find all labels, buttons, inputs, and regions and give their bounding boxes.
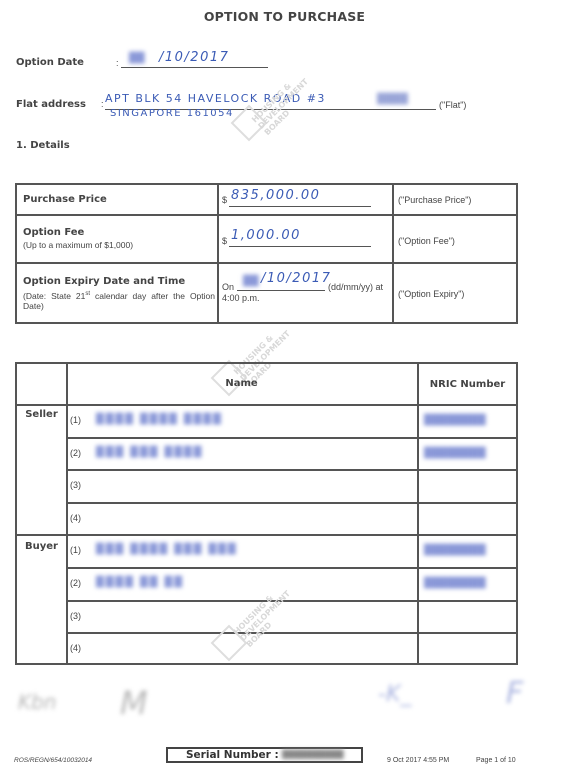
option-fee-field[interactable]: 1,000.00 — [229, 229, 371, 247]
table-row: (4) — [66, 502, 518, 535]
row-index: (3) — [70, 611, 81, 621]
party-name-field[interactable]: ███ ███ ████ — [96, 447, 203, 458]
party-nric-field[interactable]: ████████ — [424, 448, 486, 459]
flat-address-colon: : — [101, 99, 104, 109]
page-indicator: Page 1 of 10 — [476, 757, 516, 764]
table-row: (1)████ ████ ████████████ — [66, 404, 518, 437]
form-code: ROS/REGN/654/10032014 — [14, 757, 92, 764]
option-fee-label: Option Fee — [23, 227, 84, 238]
row-index: (1) — [70, 415, 81, 425]
serial-number-label: Serial Number : — [186, 749, 279, 761]
purchase-price-field[interactable]: 835,000.00 — [229, 189, 371, 207]
purchase-price-label: Purchase Price — [23, 194, 107, 205]
row-index: (2) — [70, 448, 81, 458]
purchase-price-currency: $ — [222, 195, 227, 205]
party-name-field[interactable]: ███ ████ ███ ███ — [96, 544, 238, 555]
section-heading-details: 1. Details — [16, 140, 70, 151]
option-expiry-time: 4:00 p.m. — [222, 293, 260, 303]
option-expiry-day-redacted: ██ — [243, 276, 258, 287]
name-column-header: Name — [66, 378, 417, 389]
option-date-field[interactable]: ██ /10/2017 — [121, 52, 268, 68]
row-index: (4) — [70, 513, 81, 523]
row-index: (2) — [70, 578, 81, 588]
option-expiry-on-label: On — [222, 282, 234, 292]
purchase-price-term: ("Purchase Price") — [398, 195, 471, 205]
signature-buyer-2: F — [506, 676, 523, 711]
option-expiry-sublabel: (Date: State 21st calendar day after the… — [23, 289, 215, 311]
party-name-field[interactable]: ████ ████ ████ — [96, 414, 223, 425]
nric-column-header: NRIC Number — [417, 379, 518, 390]
purchase-price-value: 835,000.00 — [231, 188, 320, 203]
option-expiry-date-value: /10/2017 — [261, 271, 331, 286]
party-nric-field[interactable]: ████████ — [424, 415, 486, 426]
row-index: (1) — [70, 545, 81, 555]
option-date-colon: : — [116, 58, 119, 68]
row-index: (4) — [70, 643, 81, 653]
party-nric-field[interactable]: ████████ — [424, 545, 486, 556]
print-timestamp: 9 Oct 2017 4:55 PM — [387, 757, 449, 764]
serial-number-value: ██████████ — [282, 750, 344, 759]
seller-label: Seller — [17, 409, 66, 420]
option-expiry-term: ("Option Expiry") — [398, 289, 464, 299]
flat-address-redacted: ████ — [377, 94, 408, 105]
table-row: (2)███ ███ ████████████ — [66, 437, 518, 470]
table-row: (1)███ ████ ███ ███████████ — [66, 534, 518, 567]
option-fee-currency: $ — [222, 236, 227, 246]
option-date-label: Option Date — [16, 57, 84, 68]
details-table: Purchase Price $ 835,000.00 ("Purchase P… — [15, 183, 518, 324]
party-name-field[interactable]: ████ ██ ██ — [96, 577, 184, 588]
signature-seller-1: Kbn — [18, 690, 57, 714]
option-fee-sublabel: (Up to a maximum of $1,000) — [23, 240, 133, 250]
table-row: (3) — [66, 469, 518, 502]
option-expiry-format-hint: (dd/mm/yy) at — [328, 282, 383, 292]
option-expiry-date-field[interactable]: ██ /10/2017 — [237, 273, 325, 291]
serial-number-box: Serial Number : ██████████ — [166, 747, 363, 763]
party-nric-field[interactable]: ████████ — [424, 578, 486, 589]
table-row: (4) — [66, 632, 518, 665]
signature-seller-2: M — [120, 684, 148, 722]
option-fee-term: ("Option Fee") — [398, 236, 455, 246]
option-date-day-redacted: ██ — [129, 53, 144, 64]
flat-address-line2: SINGAPORE 161054 — [110, 108, 234, 119]
signature-buyer-1: -K_ — [378, 682, 411, 707]
buyer-label: Buyer — [17, 541, 66, 552]
flat-address-label: Flat address — [16, 99, 86, 110]
option-date-value: /10/2017 — [159, 50, 229, 65]
row-index: (3) — [70, 480, 81, 490]
document-title: OPTION TO PURCHASE — [0, 9, 569, 24]
option-fee-value: 1,000.00 — [231, 228, 301, 243]
flat-defined-term: ("Flat") — [439, 100, 466, 110]
option-expiry-label: Option Expiry Date and Time — [23, 276, 185, 287]
